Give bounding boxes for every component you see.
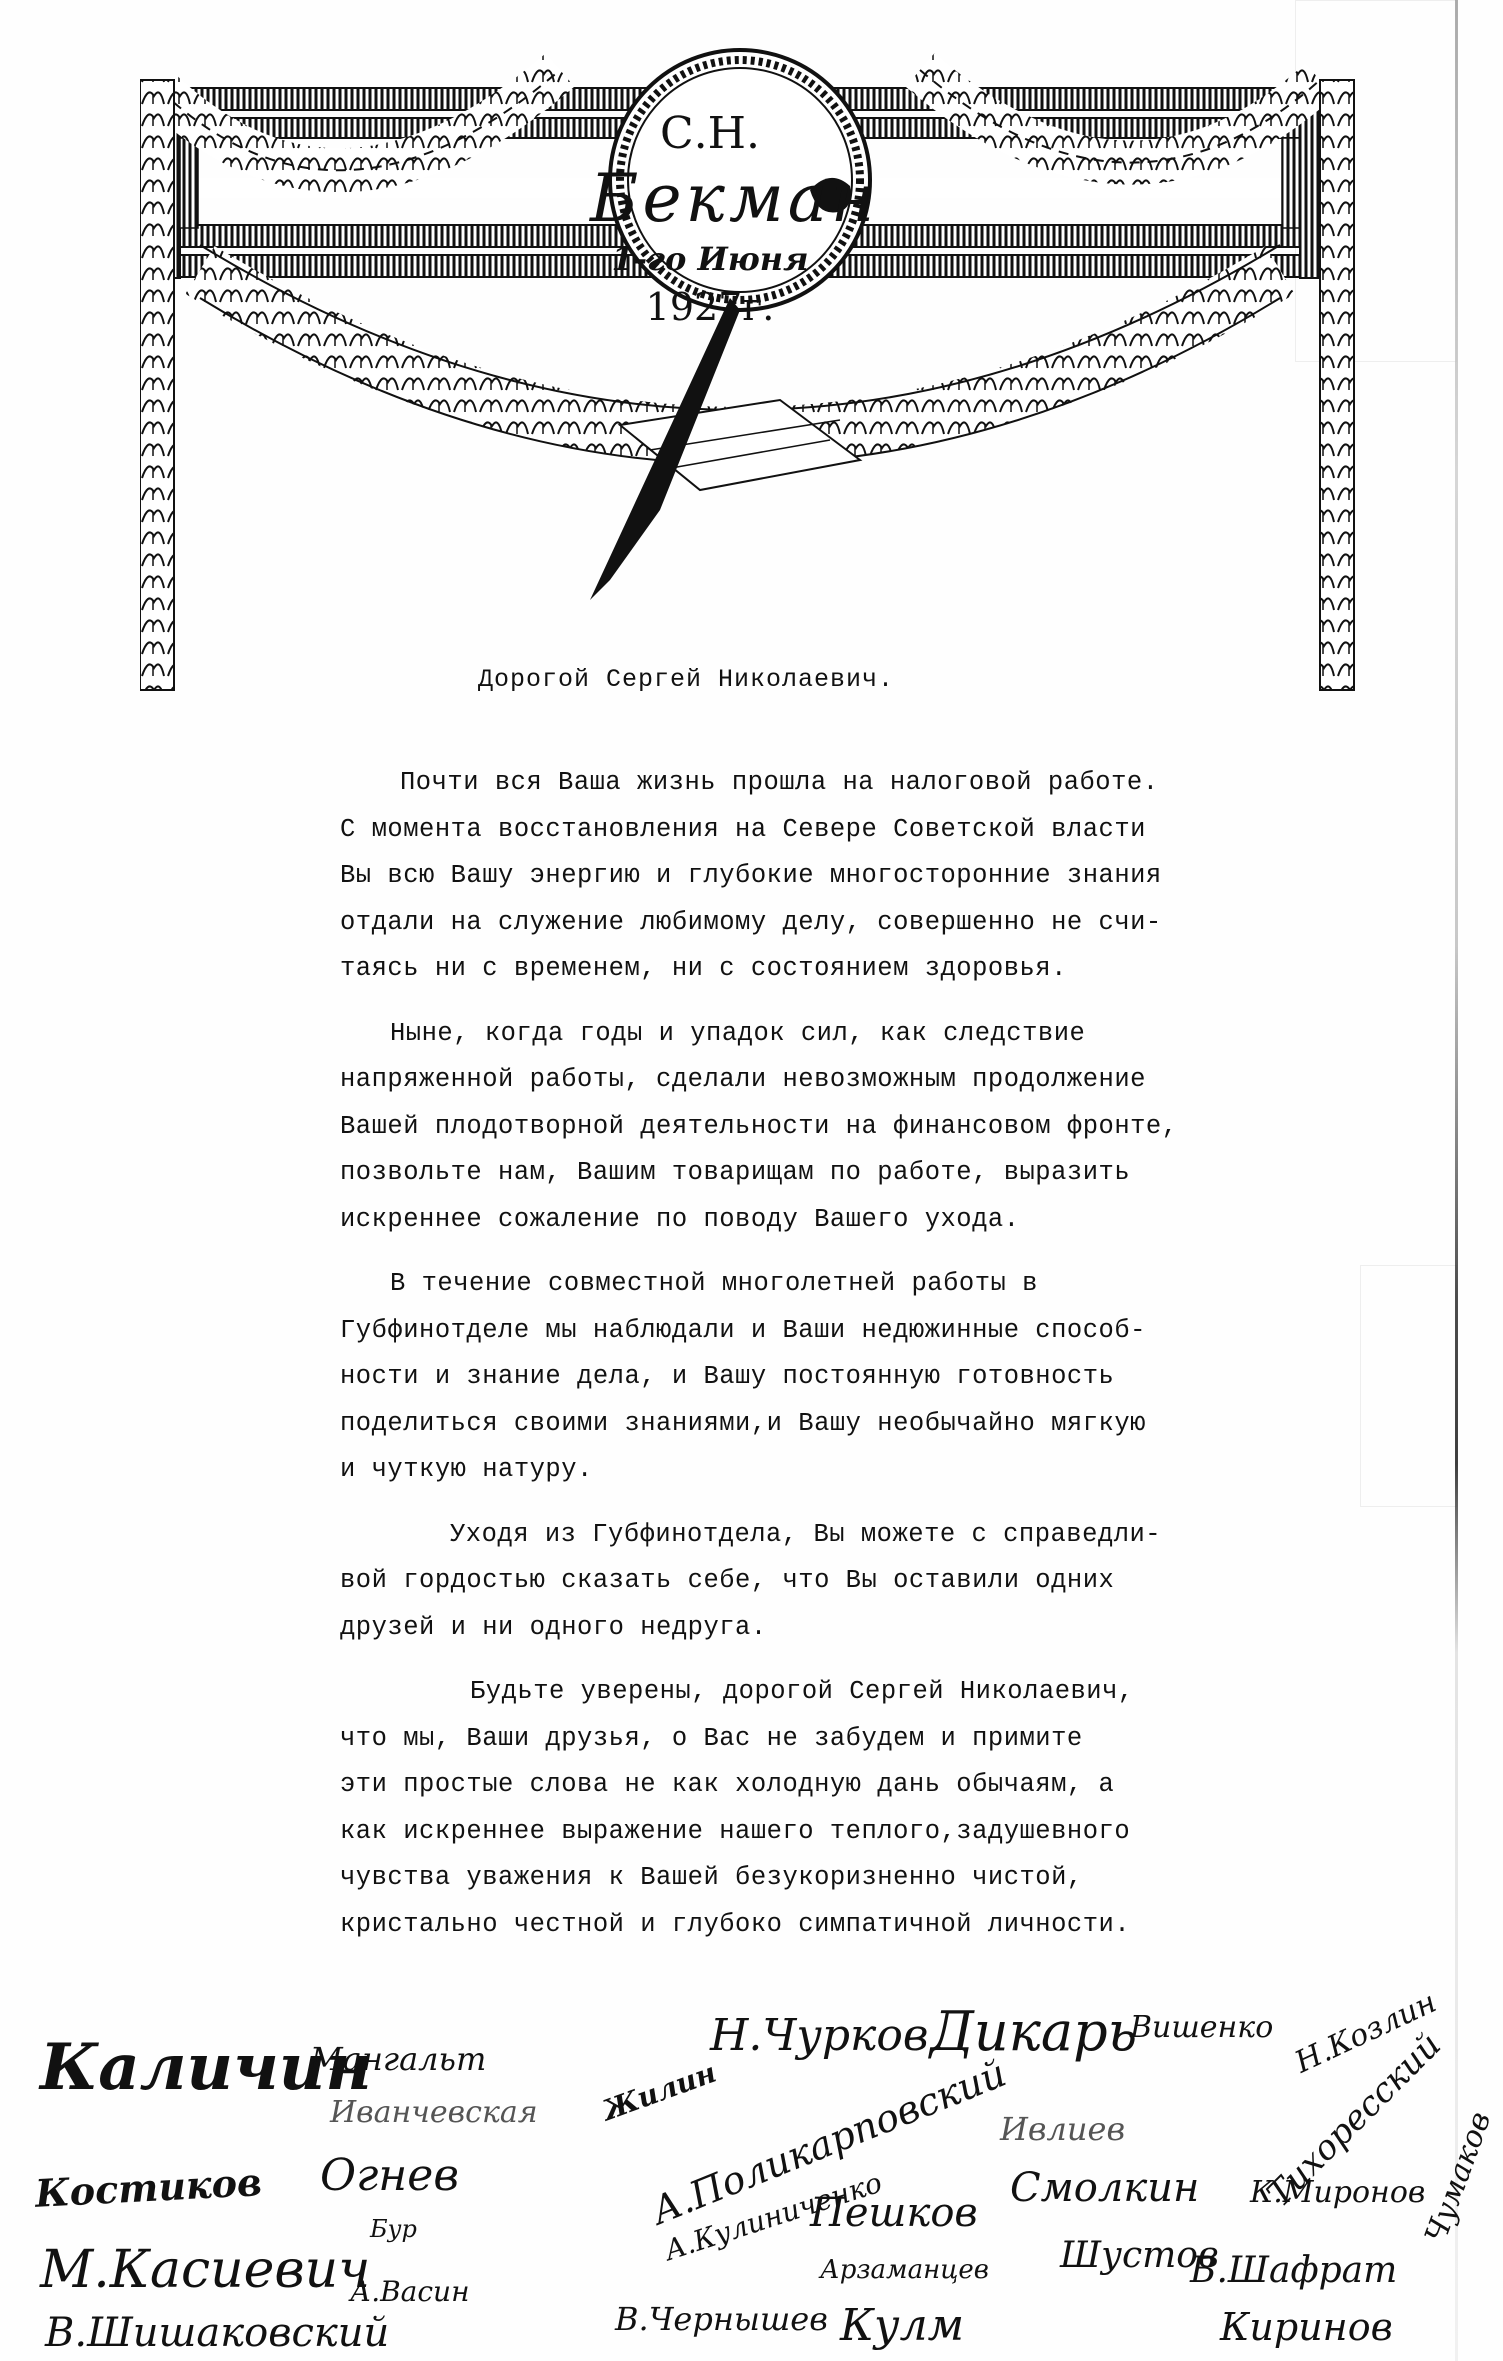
signature: В.Шафрат: [1190, 2250, 1397, 2291]
paragraph-1: Почти вся Ваша жизнь прошла на налоговой…: [340, 760, 1220, 993]
page-edge-shadow: [1455, 0, 1458, 2361]
paragraph-4: Уходя из Губфинотдела, Вы можете с справ…: [340, 1512, 1220, 1652]
signature: Арзаманцев: [820, 2255, 989, 2285]
faint-archive-stamp: [1360, 1265, 1457, 1507]
signature: Н.Чурков: [710, 2010, 928, 2061]
letter-body: Почти вся Ваша жизнь прошла на налоговой…: [340, 760, 1220, 1948]
signature: Смолкин: [1010, 2165, 1199, 2211]
salutation: Дорогой Сергей Николаевич.: [478, 665, 894, 694]
signature: Жилин: [598, 2056, 721, 2127]
medallion-date: 1-го Июня: [600, 240, 820, 278]
medallion-year: 1927г.: [620, 285, 800, 329]
signature: Ивлиев: [1000, 2110, 1125, 2148]
signature: В.Чернышев: [615, 2300, 828, 2338]
signature: Пешков: [810, 2190, 978, 2236]
signature: А.Васин: [350, 2275, 470, 2308]
signature: Иванчевская: [330, 2095, 538, 2130]
signature: Мангальт: [310, 2040, 486, 2078]
signature: Огнев: [320, 2150, 459, 2201]
signature: Вишенко: [1130, 2010, 1273, 2045]
signature: Кулм: [840, 2300, 964, 2351]
signature: Чумаков: [1419, 2107, 1499, 2248]
paragraph-5: Будьте уверены, дорогой Сергей Николаеви…: [340, 1669, 1220, 1948]
signature: Костиков: [34, 2159, 263, 2216]
signature: Дикарь: [930, 2000, 1137, 2063]
signature: Киринов: [1220, 2305, 1393, 2349]
signature: Бур: [370, 2215, 417, 2243]
signature: К.Миронов: [1250, 2175, 1425, 2210]
medallion-initials: С.Н.: [620, 108, 800, 159]
paragraph-2: Ныне, когда годы и упадок сил, как следс…: [340, 1011, 1220, 1244]
signature: М.Касиевич: [40, 2240, 371, 2300]
signature: В.Шишаковский: [45, 2310, 389, 2356]
paragraph-3: В течение совместной многолетней работы …: [340, 1261, 1220, 1494]
medallion-surname: Бекман: [590, 160, 830, 237]
scanned-document-page: С.Н. Бекман 1-го Июня 1927г. Дорогой Сер…: [0, 0, 1503, 2361]
